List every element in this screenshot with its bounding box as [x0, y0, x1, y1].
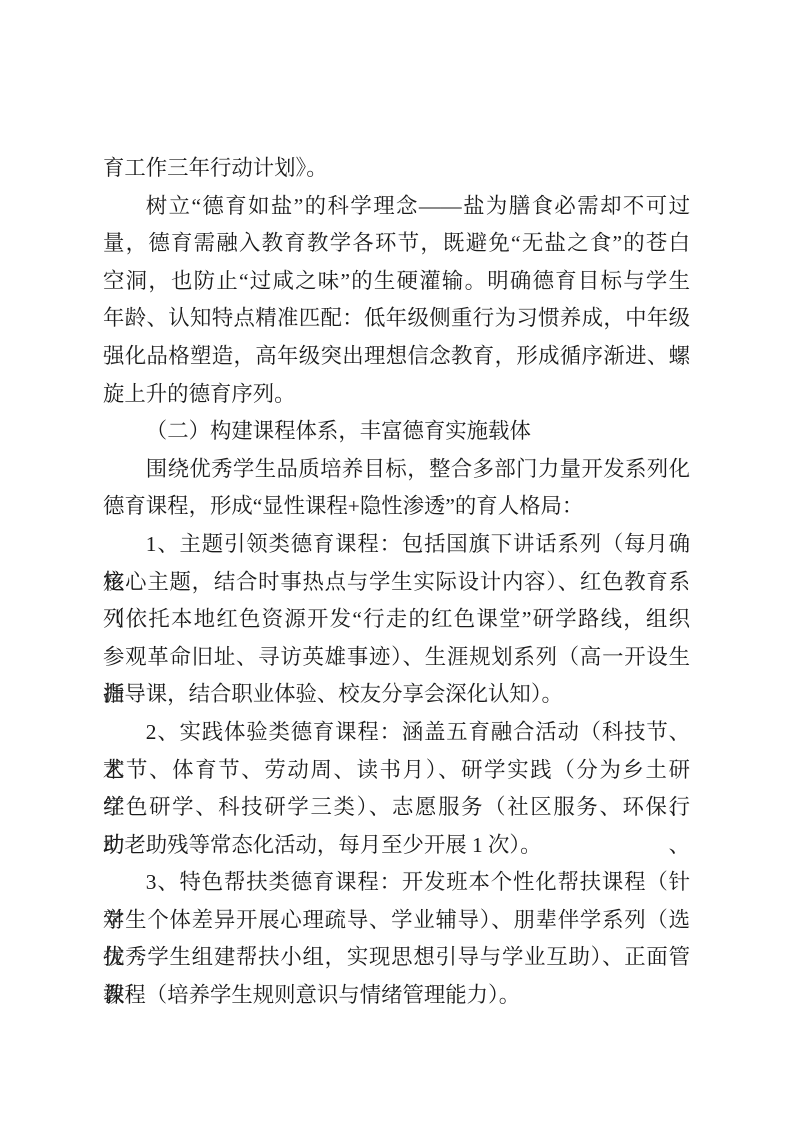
- text-line: 旋上升的德育序列。: [103, 376, 690, 414]
- paragraph: （二）构建课程体系，丰富德育实施载体: [103, 413, 690, 451]
- paragraph: 育工作三年行动计划》。: [103, 150, 690, 188]
- text-line: 红色研学、科技研学三类）、志愿服务（社区服务、环保行动、: [103, 789, 690, 827]
- text-line: 围绕优秀学生品质培养目标，整合多部门力量开发系列化: [103, 451, 690, 489]
- text-line: 术节、体育节、劳动周、读书月）、研学实践（分为乡土研学、: [103, 752, 690, 790]
- text-line: 育工作三年行动计划》。: [103, 150, 690, 188]
- text-line: 强化品格塑造，高年级突出理想信念教育，形成循序渐进、螺: [103, 338, 690, 376]
- text-line: 学生个体差异开展心理疏导、学业辅导）、朋辈伴学系列（选拔: [103, 902, 690, 940]
- text-line: 参观革命旧址、寻访英雄事迹）、生涯规划系列（高一开设生涯: [103, 639, 690, 677]
- paragraph: 2、实践体验类德育课程：涵盖五育融合活动（科技节、艺 术节、体育节、劳动周、读书…: [103, 714, 690, 864]
- text-line: 课程（培养学生规则意识与情绪管理能力）。: [103, 977, 690, 1015]
- paragraph: 1、主题引领类德育课程：包括国旗下讲话系列（每月确定 核心主题，结合时事热点与学…: [103, 526, 690, 714]
- text-line: 年龄、认知特点精准匹配：低年级侧重行为习惯养成，中年级: [103, 300, 690, 338]
- section-heading: （二）构建课程体系，丰富德育实施载体: [103, 413, 690, 451]
- text-line: 2、实践体验类德育课程：涵盖五育融合活动（科技节、艺: [103, 714, 690, 752]
- text-line: 树立“德育如盐”的科学理念——盐为膳食必需却不可过: [103, 188, 690, 226]
- text-line: 优秀学生组建帮扶小组，实现思想引导与学业互助）、正面管教: [103, 939, 690, 977]
- paragraph: 围绕优秀学生品质培养目标，整合多部门力量开发系列化 德育课程，形成“显性课程+隐…: [103, 451, 690, 526]
- document-page: 育工作三年行动计划》。 树立“德育如盐”的科学理念——盐为膳食必需却不可过 量，…: [0, 0, 793, 1122]
- text-line: 1、主题引领类德育课程：包括国旗下讲话系列（每月确定: [103, 526, 690, 564]
- text-line: 指导课，结合职业体验、校友分享会深化认知）。: [103, 676, 690, 714]
- text-line: 核心主题，结合时事热点与学生实际设计内容）、红色教育系列: [103, 564, 690, 602]
- paragraph: 3、特色帮扶类德育课程：开发班本个性化帮扶课程（针对 学生个体差异开展心理疏导、…: [103, 864, 690, 1014]
- text-line: 空洞，也防止“过咸之味”的生硬灌输。明确德育目标与学生: [103, 263, 690, 301]
- text-line: 3、特色帮扶类德育课程：开发班本个性化帮扶课程（针对: [103, 864, 690, 902]
- text-line: 德育课程，形成“显性课程+隐性渗透”的育人格局：: [103, 488, 690, 526]
- paragraph: 树立“德育如盐”的科学理念——盐为膳食必需却不可过 量，德育需融入教育教学各环节…: [103, 188, 690, 414]
- text-block: 育工作三年行动计划》。 树立“德育如盐”的科学理念——盐为膳食必需却不可过 量，…: [103, 150, 690, 1015]
- text-line: 量，德育需融入教育教学各环节，既避免“无盐之食”的苍白: [103, 225, 690, 263]
- text-line: （依托本地红色资源开发“行走的红色课堂”研学路线，组织: [103, 601, 690, 639]
